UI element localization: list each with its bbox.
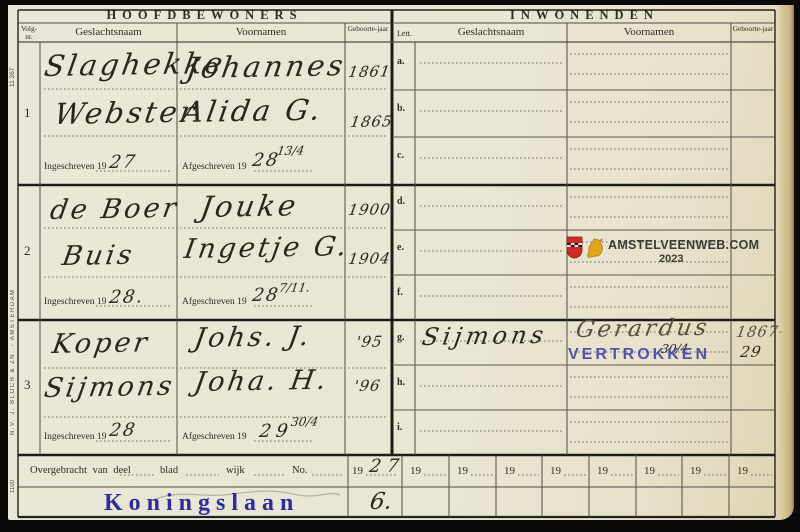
volgnr-2: 2 xyxy=(24,243,31,259)
column-header-geboortejaar-left: Geboorte-jaar xyxy=(345,25,391,33)
birthyear-entry: '96 xyxy=(353,377,382,395)
column-header-geslachtsnaam-right: Geslachtsnaam xyxy=(415,26,567,38)
givenname-entry: Johs. J. xyxy=(192,321,314,354)
printer-imprint: N.V. J. BLOCH & ZN. - AMSTERDAM xyxy=(10,145,16,435)
ingeschreven-label: Ingeschreven 19 xyxy=(44,297,107,307)
surname-entry: Koper xyxy=(50,327,152,360)
column-header-volgnr: Volg-nr. xyxy=(18,25,40,41)
watermark-year: 2023 xyxy=(659,253,683,265)
no-label: No. xyxy=(292,465,307,476)
column-header-voornamen-left: Voornamen xyxy=(177,26,345,38)
afgeschreven-label: Afgeschreven 19 xyxy=(182,432,247,442)
surname-entry: Sijmons xyxy=(42,371,177,404)
ingeschreven-label: Ingeschreven 19 xyxy=(44,432,107,442)
givenname-entry: Johannes xyxy=(184,48,348,85)
year-column-label: 19 xyxy=(550,465,561,477)
lodger-departure-year: 29 xyxy=(739,343,763,361)
afgeschreven-date: 30/4 xyxy=(290,415,319,429)
vertrokken-stamp: VERTROKKEN xyxy=(568,346,710,364)
birthyear-entry: 1900. xyxy=(347,200,398,219)
letter-label-d: d. xyxy=(397,196,405,207)
column-header-voornamen-right: Voornamen xyxy=(567,26,731,38)
page-edge xyxy=(776,5,794,520)
volgnr-3: 3 xyxy=(24,377,31,393)
givenname-entry: Joha. H. xyxy=(192,365,331,398)
surname-entry: Webster xyxy=(52,95,200,131)
year-column-label: 19 xyxy=(690,465,701,477)
overgebracht-label: Overgebracht van deel xyxy=(30,465,131,476)
year-column-label: 19 xyxy=(597,465,608,477)
birthyear-entry: 1904. xyxy=(347,249,398,268)
givenname-entry: Jouke xyxy=(198,188,301,224)
print-code: 1100 xyxy=(10,453,16,493)
letter-label-b: b. xyxy=(397,103,405,114)
letter-label-i: i. xyxy=(397,422,402,433)
column-header-lett: Lett. xyxy=(394,29,415,38)
afgeschreven-year: 29 xyxy=(258,420,294,442)
ingeschreven-year: 27 xyxy=(108,152,138,173)
house-number: 6. xyxy=(368,489,394,515)
lodger-givenname: Gerardus xyxy=(574,315,712,343)
letter-label-e: e. xyxy=(397,242,404,253)
form-number: 11 267 xyxy=(9,17,16,87)
letter-label-c: c. xyxy=(397,150,404,161)
afgeschreven-label: Afgeschreven 19 xyxy=(182,162,247,172)
watermark-text: AMSTELVEENWEB.COM xyxy=(608,238,759,252)
givenname-entry: Alida G. xyxy=(180,93,326,129)
year-column-label: 19 xyxy=(410,465,421,477)
ingeschreven-year: 28. xyxy=(108,286,146,308)
ingeschreven-label: Ingeschreven 19 xyxy=(44,162,107,172)
ingeschreven-year: 28 xyxy=(108,420,138,441)
surname-entry: de Boer xyxy=(48,193,181,226)
blad-label: blad xyxy=(160,465,178,476)
year-column-label: 19 xyxy=(504,465,515,477)
transfer-year-value: 27 xyxy=(368,455,406,477)
inwonenden-title: INWONENDEN xyxy=(394,8,775,23)
surname-entry: Buis xyxy=(60,240,137,272)
birthyear-entry: '95 xyxy=(355,333,384,351)
birthyear-entry: 1865 xyxy=(349,112,394,131)
letter-label-g: g. xyxy=(397,332,405,343)
register-page: 11 267 N.V. J. BLOCH & ZN. - AMSTERDAM 1… xyxy=(8,5,794,520)
street-name-stamp: Koningslaan xyxy=(104,490,299,517)
afgeschreven-date: 13/4 xyxy=(276,144,305,158)
year-column-label: 19 xyxy=(457,465,468,477)
year-column-label: 19 xyxy=(644,465,655,477)
lodger-surname: Sijmons xyxy=(420,321,549,351)
afgeschreven-date: 7/11. xyxy=(278,280,311,295)
volgnr-1: 1 xyxy=(24,105,31,121)
year-column-label: 19 xyxy=(737,465,748,477)
hoofdbewoners-title: HOOFDBEWONERS xyxy=(18,8,391,23)
column-header-geboortejaar-right: Geboorte-jaar xyxy=(731,25,775,33)
letter-label-f: f. xyxy=(397,287,403,298)
column-header-geslachtsnaam-left: Geslachtsnaam xyxy=(40,26,177,38)
amstelveen-crest-icon xyxy=(564,235,606,261)
afgeschreven-year: 28 xyxy=(251,285,281,306)
letter-label-a: a. xyxy=(397,56,405,67)
birthyear-entry: 1861. xyxy=(347,62,398,81)
watermark: AMSTELVEENWEB.COM 2023 xyxy=(564,234,754,268)
wijk-label: wijk xyxy=(226,465,245,476)
transfer-year-prefix: 19 xyxy=(352,465,363,477)
givenname-entry: Ingetje G. xyxy=(182,231,352,265)
letter-label-h: h. xyxy=(397,377,405,388)
afgeschreven-label: Afgeschreven 19 xyxy=(182,297,247,307)
